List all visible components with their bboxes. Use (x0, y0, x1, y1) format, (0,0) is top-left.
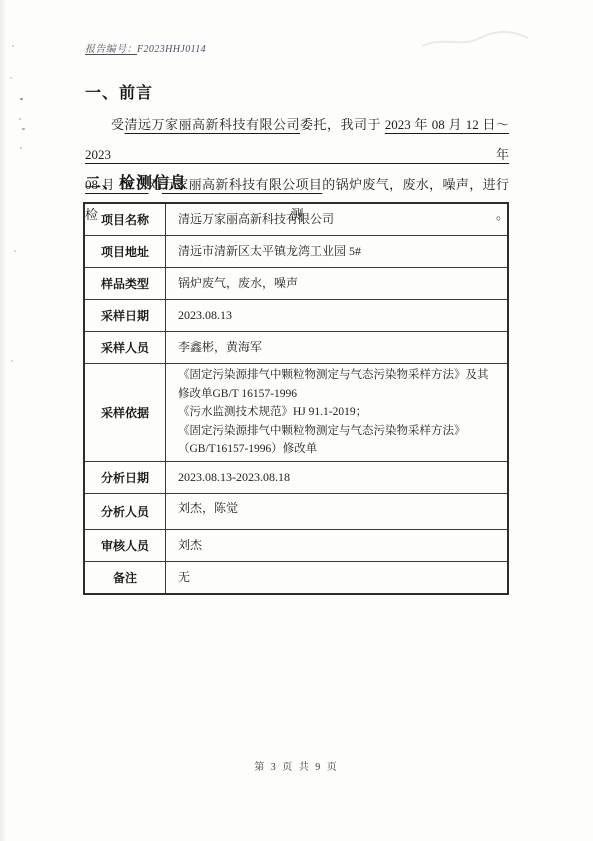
row-value: 2023.08.13 (166, 300, 509, 332)
table-row: 采样日期 2023.08.13 (84, 300, 508, 332)
scan-speck (19, 118, 21, 120)
row-label: 备注 (84, 561, 166, 594)
scan-speck (11, 360, 13, 362)
scan-speck (20, 98, 23, 100)
scan-speck (12, 45, 14, 47)
row-label: 分析人员 (84, 493, 166, 529)
scan-speck (10, 77, 12, 79)
row-label: 分析日期 (84, 461, 166, 493)
report-number: 报告编号：F2023HHJ0114 (85, 40, 206, 55)
row-label: 审核人员 (84, 529, 166, 561)
row-value: 《固定污染源排气中颗粒物测定与气态污染物采样方法》及其修改单GB/T 16157… (166, 364, 509, 462)
table-row: 采样人员 李鑫彬，黄海军 (84, 332, 508, 364)
info-table: 项目名称 清远万家丽高新科技有限公司 项目地址 清远市清新区太平镇龙湾工业园 5… (83, 202, 509, 595)
basis-line: 《污水监测技术规范》HJ 91.1-2019； (178, 403, 495, 422)
table-row: 分析人员 刘杰，陈觉 (84, 493, 508, 529)
preface-line-1: 受清远万家丽高新科技有限公司委托，我司于 2023 年 08 月 12 日～20… (85, 110, 509, 170)
basis-line: 《固定污染源排气中颗粒物测定与气态污染物采样方法》及其修改单GB/T 16157… (178, 366, 495, 403)
row-value: 李鑫彬，黄海军 (166, 332, 509, 364)
row-value: 锅炉废气，废水，噪声 (166, 268, 509, 300)
report-number-value: F2023HHJ0114 (137, 44, 206, 55)
page-footer: 第 3 页 共 9 页 (0, 758, 593, 773)
table-row: 项目地址 清远市清新区太平镇龙湾工业园 5# (84, 236, 508, 268)
table-row-sampling-basis: 采样依据 《固定污染源排气中颗粒物测定与气态污染物采样方法》及其修改单GB/T … (84, 364, 508, 462)
row-label: 采样人员 (84, 332, 166, 364)
pencil-smudge (420, 26, 530, 52)
row-value: 刘杰，陈觉 (166, 493, 509, 529)
row-value: 2023.08.13-2023.08.18 (166, 461, 509, 493)
row-label: 样品类型 (84, 268, 166, 300)
row-value: 无 (166, 561, 509, 594)
report-number-label: 报告编号： (85, 44, 137, 55)
scan-speck (22, 128, 25, 130)
table-row: 样品类型 锅炉废气，废水，噪声 (84, 268, 508, 300)
scanned-report-page: 报告编号：F2023HHJ0114 一、前言 受清远万家丽高新科技有限公司委托，… (0, 0, 593, 841)
scan-speck (20, 147, 22, 149)
row-label: 采样日期 (84, 300, 166, 332)
table-row: 审核人员 刘杰 (84, 529, 508, 561)
table-row: 项目名称 清远万家丽高新科技有限公司 (84, 203, 508, 236)
row-value: 清远市清新区太平镇龙湾工业园 5# (166, 236, 509, 268)
row-value: 刘杰 (166, 529, 509, 561)
table-row: 备注 无 (84, 561, 508, 594)
table-row: 分析日期 2023.08.13-2023.08.18 (84, 461, 508, 493)
row-label: 项目名称 (84, 203, 166, 236)
section-heading-info: 二、检测信息 (85, 170, 187, 193)
basis-line: 《固定污染源排气中颗粒物测定与气态污染物采样方法》（GB/T16157-1996… (178, 422, 495, 459)
section-heading-preface: 一、前言 (85, 80, 153, 103)
underlined-company-name: 清远万家丽高新科技有限公司 (125, 117, 300, 132)
row-label: 项目地址 (84, 236, 166, 268)
row-label: 采样依据 (84, 364, 166, 462)
row-value: 清远万家丽高新科技有限公司 (166, 203, 509, 236)
text-segment: 受 (111, 117, 125, 132)
scan-speck (14, 250, 16, 252)
text-segment: 委托，我司于 (300, 117, 385, 132)
